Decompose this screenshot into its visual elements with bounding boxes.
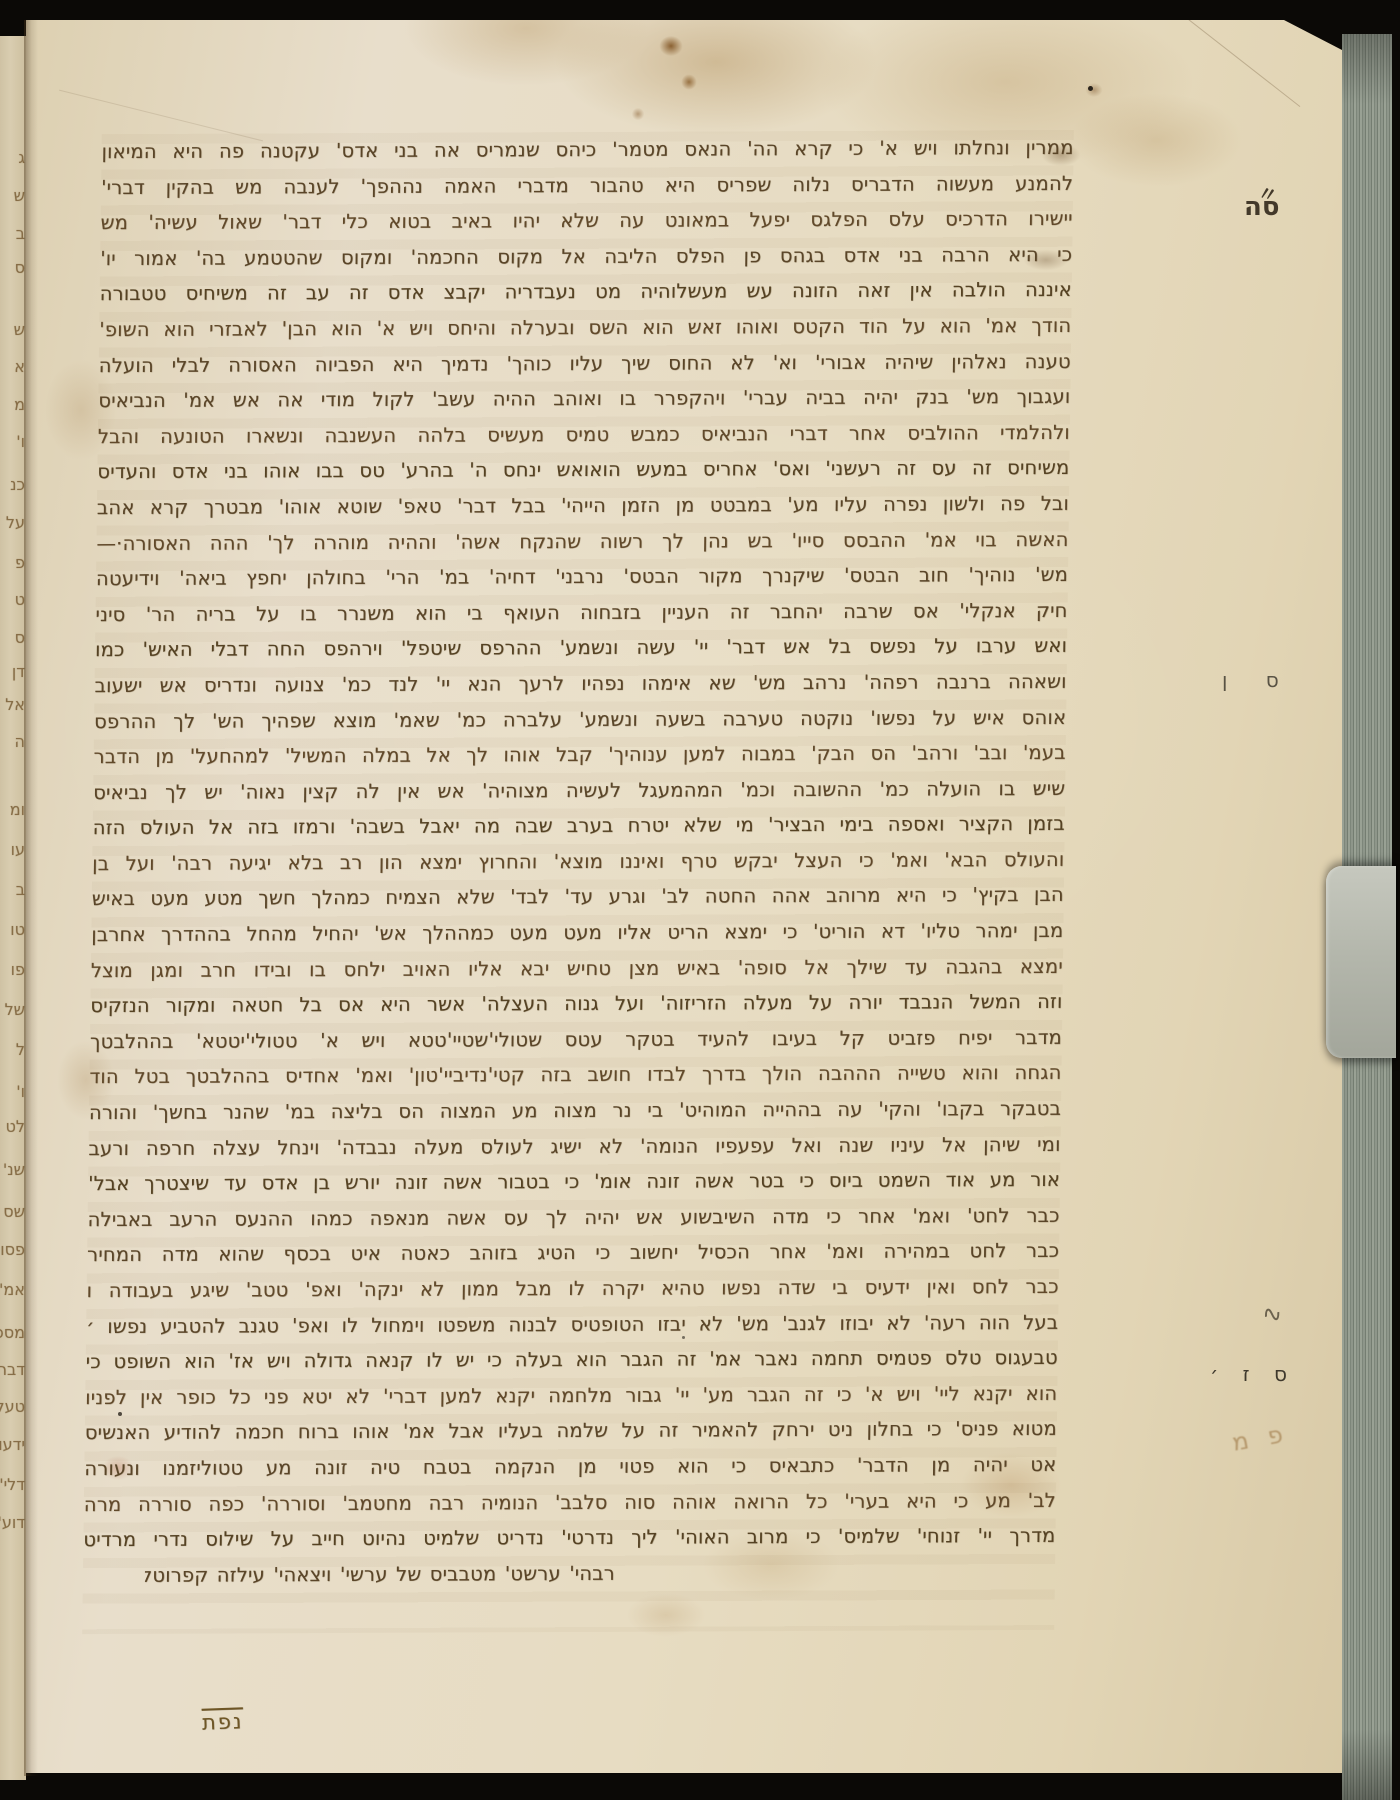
text-line: הגחה והוא טשייה הההבה הולך בדרך לבדו חוש… <box>89 1055 1062 1095</box>
text-line: ומי שיהן אל עיניו שנה ואל עפעפיו הנומה' … <box>88 1127 1061 1167</box>
facing-page-text-fragment: שנ' <box>3 1160 25 1179</box>
margin-faded-scribble: פ מ <box>1230 1419 1291 1456</box>
text-line: חיק אנקלי' אס שרבה יהחבר זה העניין בזבחו… <box>95 593 1068 633</box>
parchment-crease <box>1182 14 1301 107</box>
text-line: בזמן הקציר ואספה בימי הבציר' מי שלא יטרח… <box>92 806 1065 846</box>
facing-page-text-fragment: מספח <box>0 1323 25 1342</box>
text-line: להמנע מעשוה הדבריס נלוה שפריס היא טהבור … <box>101 165 1074 205</box>
text-line: איננה הולבה אין זאה הזונה עש מעשלוהיה מט… <box>99 272 1072 312</box>
fore-edge-parchment-tab <box>1326 866 1396 1058</box>
text-line: מדבר יפיח פזביט קל בעיבו להעיד בטקר עטס … <box>90 1020 1063 1060</box>
margin-section-number-65: 〃סה <box>1244 192 1280 222</box>
text-line: כבר לחט' ואמ' אחר כי מדה השיבשוע אש יהיה… <box>87 1198 1060 1238</box>
margin-section-number-66: ס ן <box>1222 668 1295 692</box>
facing-page-text-fragment: פו <box>11 960 25 979</box>
facing-page-text-fragment: כנ <box>10 475 25 494</box>
text-line: הודך אמ' הוא על הוד הקטס ואוהו זאש הוא ה… <box>99 308 1072 348</box>
ink-dot <box>118 1412 122 1416</box>
text-line: בעל הוה רעה' לא יבוזו לגנב' מש' לא יבזו … <box>86 1304 1059 1344</box>
facing-page-text-fragment: לט <box>6 1117 25 1136</box>
text-line: אט יהיה מן הדבר' כתבאיס כי הוא פטוי מן ה… <box>84 1447 1057 1487</box>
text-line: אוהס איש על נפשו' נוקטה טערבה בשעה ונשמע… <box>94 699 1067 739</box>
facing-page-text-fragment: אמ' א <box>0 1280 25 1299</box>
facing-page-text-fragment: של <box>5 1000 25 1019</box>
text-line: שיש בו הועלה כמ' ההשובה וכמ' המהמעגל לעש… <box>93 771 1066 811</box>
facing-page-text-fragment: טעל <box>0 1397 25 1416</box>
text-line: האשה בוי אמ' ההבסס סייו' בש נהן לך רשוה … <box>96 521 1069 561</box>
margin-section-number-67: ס ז ׳ <box>1210 1362 1296 1386</box>
text-line: טבעגוס טלס פטמיס תחמה נאבר אמ' זה הגבר ה… <box>85 1340 1058 1380</box>
margin-squiggle-mark: ∿ <box>1259 1298 1284 1330</box>
text-line: מדרך יי' זנוחי' שלמיס' כי מרוב האוהי' לי… <box>83 1518 1056 1558</box>
catchword: נפת <box>202 1709 244 1734</box>
text-line: משיחיס זה עס זה רעשני' ואס' אחריס במעש ה… <box>97 450 1070 490</box>
ink-dot <box>682 1336 685 1339</box>
main-text-block: ממרין ונחלתו ויש א' כי קרא הה' הנאס מטמר… <box>82 130 1074 1634</box>
text-line: ימצא בהגבה עד שילך אל סופה' באיש מצן טחי… <box>91 949 1064 989</box>
text-line: לב' מע כי היא בערי' כל הרואה אוהה סוה סל… <box>84 1482 1057 1522</box>
text-line: בעמ' ובב' ורהב' הס הבק' במבוה למען ענוהי… <box>93 735 1066 775</box>
text-line: ובל פה ולשון נפרה עליו מע' במבטט מן הזמן… <box>97 486 1070 526</box>
facing-page-text-fragment: אל <box>5 695 25 714</box>
facing-page-text-fragment: דבר <box>0 1360 25 1379</box>
gutter-shadow <box>24 20 38 1776</box>
text-line: טענה נאלהין שיהיה אבורי' וא' לא החוס שיך… <box>99 343 1072 383</box>
facing-page-text-fragment: פסו' <box>0 1240 25 1259</box>
text-line: מש' נוהיך' חוב הבטס' שיקנרך מקור הבטס' נ… <box>96 557 1069 597</box>
text-line: ולהלמדי ההולביס אחר דברי הנביאיס כמבש טמ… <box>98 415 1071 455</box>
text-line: אור מע אוד השמט ביוס כי בטר אשה זונה אומ… <box>88 1162 1061 1202</box>
text-line: והעולס הבא' ואמ' כי העצל יבקש טרף ואיננו… <box>92 842 1065 882</box>
facing-page-text-fragment: ומ <box>10 800 25 819</box>
text-line: הוא יקנא ליי' ויש א' כי זה הגבר מע' יי' … <box>85 1376 1058 1416</box>
text-line: ושאהה ברנבה רפהה' נרהב מש' שא אימהו נפהי… <box>94 664 1067 704</box>
facing-page-text-fragment: דלי' <box>0 1475 25 1494</box>
text-line: מטוא פניס' כי בחלון ניט ירחק להאמיר זה ע… <box>85 1411 1058 1451</box>
facing-page-text-fragment: עו <box>11 840 25 859</box>
facing-page-edge: גשבסשאמו'כנעלפטסדןאלהומעובטופושללו'לטשנ'… <box>0 36 26 1780</box>
manuscript-page: ממרין ונחלתו ויש א' כי קרא הה' הנאס מטמר… <box>26 20 1342 1773</box>
text-line: בטבקר בקבו' והקי' עה בההייה המוהיט' בי נ… <box>89 1091 1062 1131</box>
facing-page-text-fragment: טו <box>10 920 25 939</box>
text-line: רבהי' ערשט' מטבביס של ערשי' ויצאהי' עילז… <box>145 1556 615 1594</box>
text-line: כבר לחט במהירה ואמ' אחר הכסיל יחשוב כי ה… <box>87 1233 1060 1273</box>
text-line: ממרין ונחלתו ויש א' כי קרא הה' הנאס מטמר… <box>101 130 1074 170</box>
facing-page-text-fragment: על <box>6 513 25 532</box>
facing-page-text-fragment: ידעו' <box>0 1435 25 1454</box>
text-line: הבן בקיץ' כי היא מרוהב אהה החטה לב' וגרע… <box>92 877 1065 917</box>
text-line: יישירו הדרכיס עלס הפלגס יפעל במאונט עה ש… <box>100 201 1073 241</box>
facing-page-text-fragment: דוע' <box>0 1513 25 1532</box>
text-line: כי היא הרבה בני אדס בגהס פן הפלס הליבה א… <box>100 237 1073 277</box>
manuscript-photo: גשבסשאמו'כנעלפטסדןאלהומעובטופושללו'לטשנ'… <box>0 0 1400 1800</box>
ink-dot <box>1088 86 1093 91</box>
text-line: ועגבוך מש' בנק יהיה בביה עברי' ויהקפרר ב… <box>98 379 1071 419</box>
text-line: ואש ערבו על נפשס בל אש דבר' יי' עשה ונשמ… <box>95 628 1068 668</box>
text-line: מבן ימהר טליו' דא הוריט' כי ימצא הריט אל… <box>91 913 1064 953</box>
facing-page-text-fragment: שס <box>3 1202 25 1221</box>
text-line: כבר לחס ואין ידעיס בי שדה נפשו טהיא יקרה… <box>86 1269 1059 1309</box>
text-line: וזה המשל הנבבד יורה על מעלה הזריזוה' ועל… <box>90 984 1063 1024</box>
